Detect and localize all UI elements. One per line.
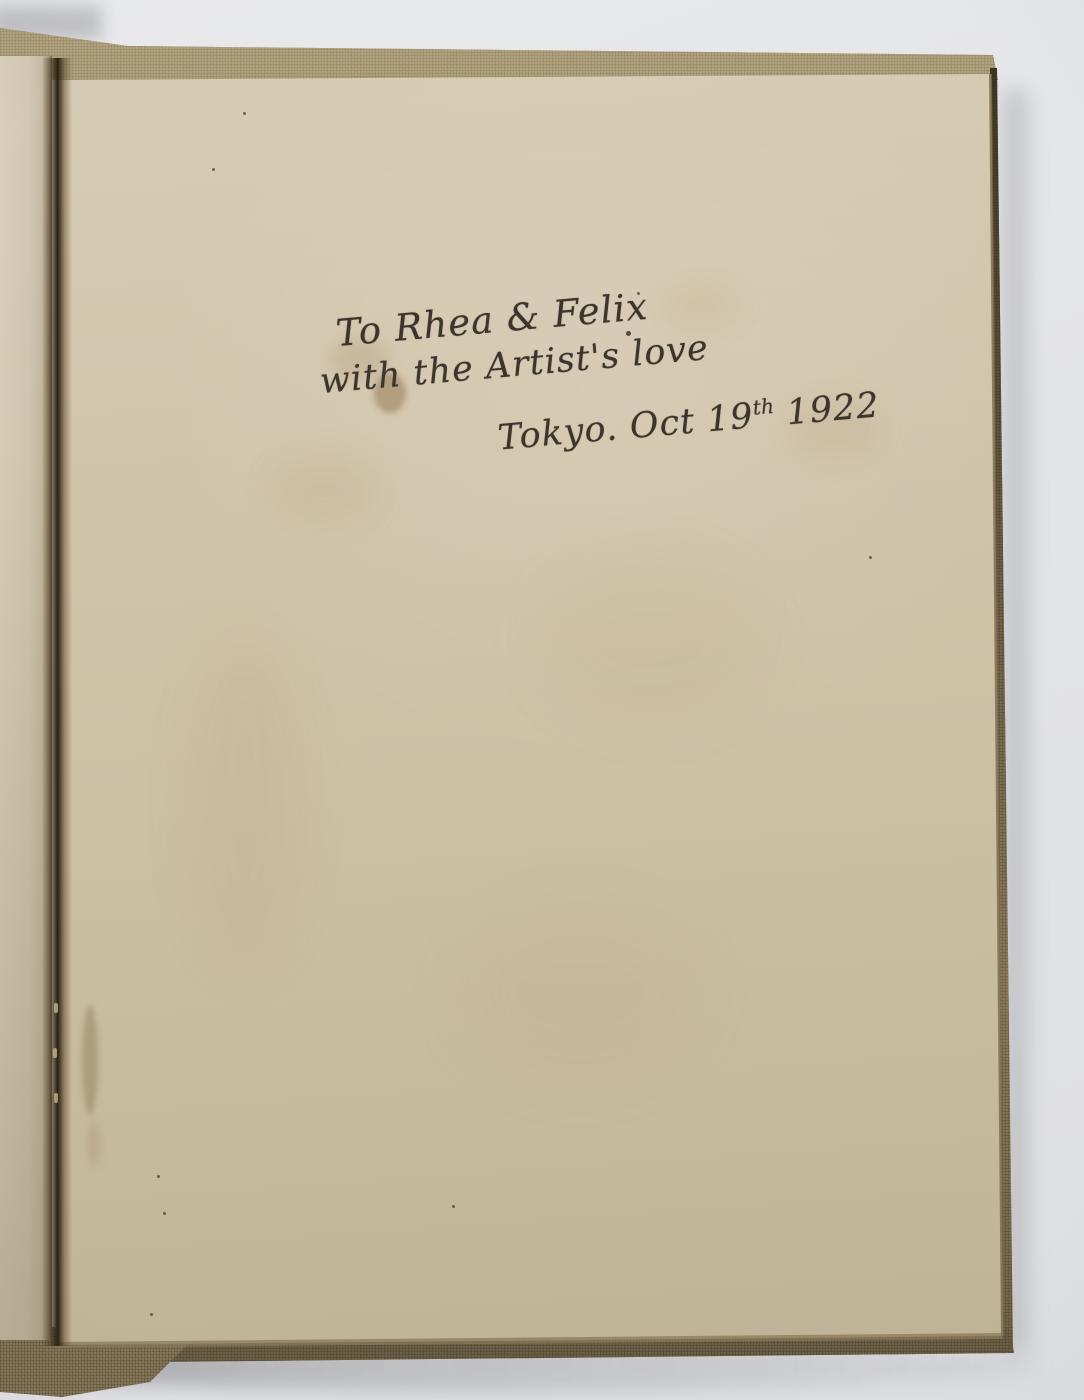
photograph-of-open-book: To Rhea & Felix with the Artist's love T… xyxy=(0,0,1084,1400)
sewing-stitch xyxy=(53,1048,57,1058)
stain xyxy=(82,1005,98,1115)
foxing-speck xyxy=(212,168,215,171)
sewing-stitch xyxy=(54,1003,58,1013)
endpaper-page xyxy=(0,0,1084,1400)
foxing-speck xyxy=(452,1205,455,1208)
foxing-speck xyxy=(150,1313,153,1316)
book-gutter xyxy=(42,58,72,1346)
foxing-speck xyxy=(157,1175,160,1178)
inscription-ordinal-suffix: th xyxy=(752,394,775,420)
sewing-stitch xyxy=(54,1093,58,1103)
stain xyxy=(460,910,700,1080)
foxing-speck xyxy=(163,1212,166,1215)
stain xyxy=(660,280,740,330)
stain xyxy=(540,560,760,720)
foxing-speck xyxy=(243,112,246,115)
stain xyxy=(88,1120,100,1168)
stain xyxy=(190,640,300,970)
stain xyxy=(270,455,380,525)
foxing-speck xyxy=(869,556,872,559)
